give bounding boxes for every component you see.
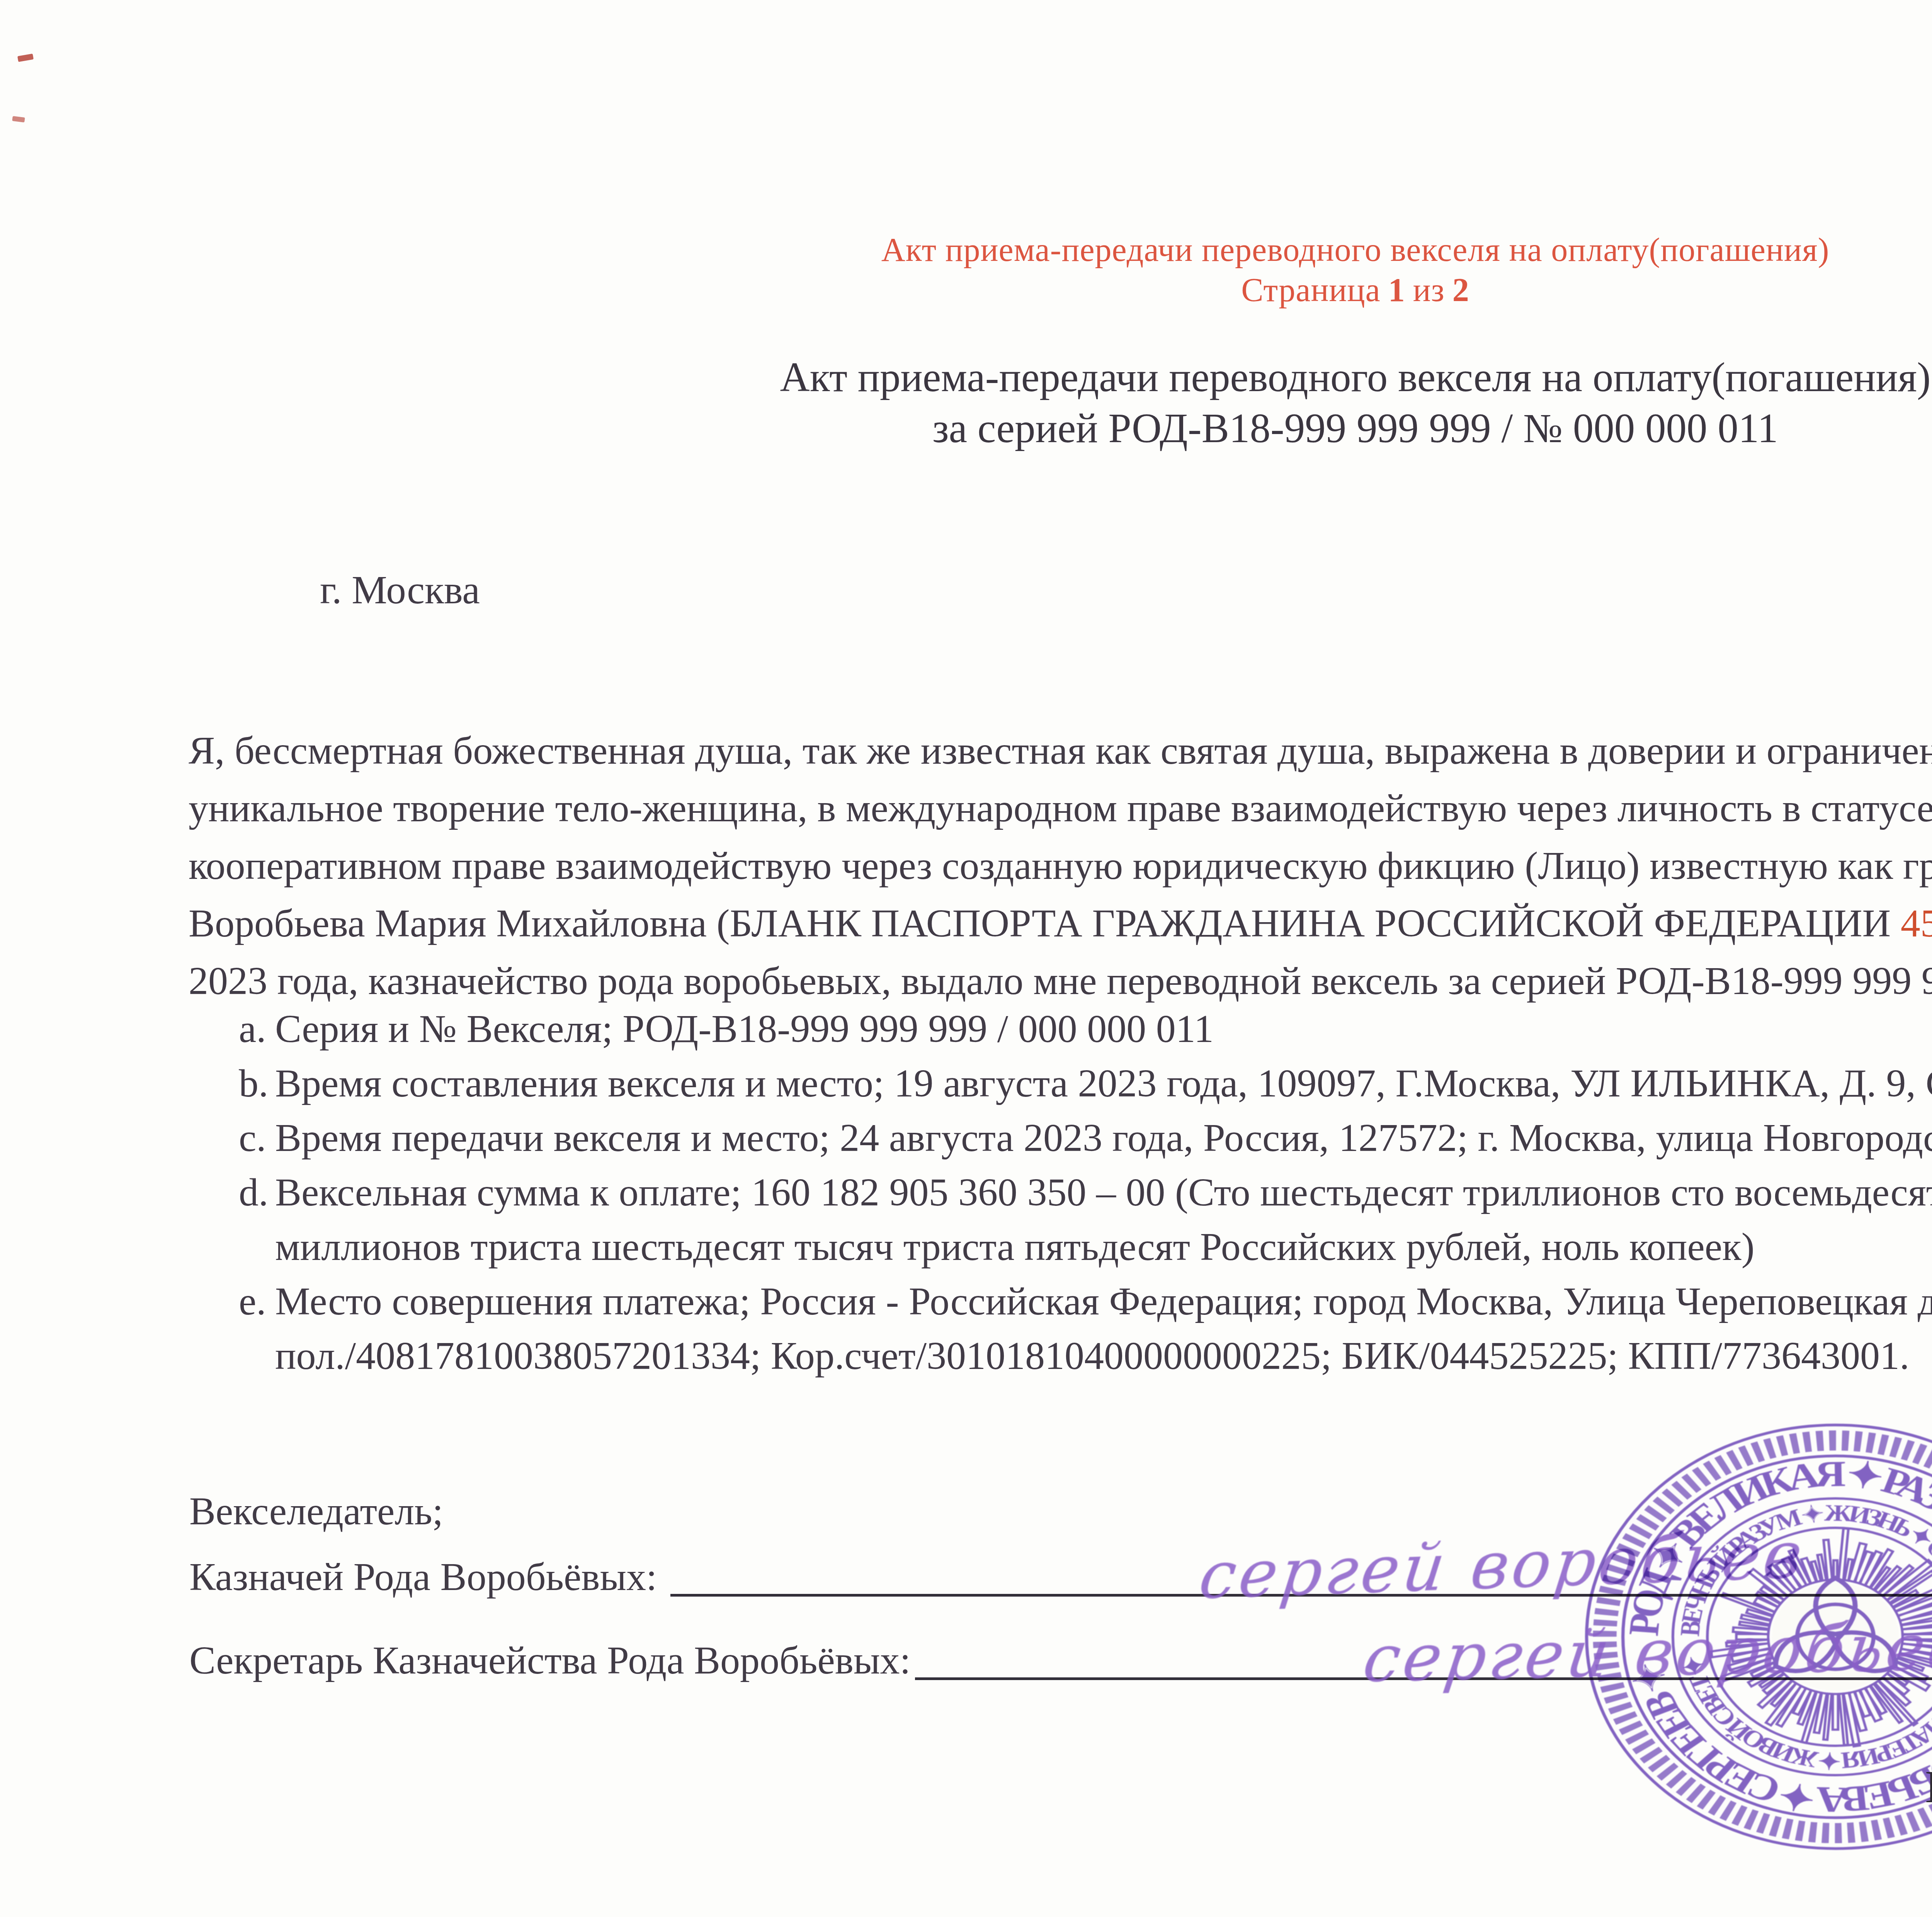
drawer-label: Векселедатель; xyxy=(189,1489,443,1534)
stamp-place-mark: М.П. xyxy=(1925,1761,1932,1813)
passport-number: 4504 589561 xyxy=(1901,902,1932,945)
list-item-text: Серия и № Векселя; РОД-В18-999 999 999 /… xyxy=(275,1002,1214,1056)
running-header-page-indicator: Страница1из2 xyxy=(0,271,1932,309)
paragraph-line: Я, бессмертная божественная душа, так же… xyxy=(189,722,1932,780)
list-item-marker: a. xyxy=(239,1002,275,1056)
list-item-marker: c. xyxy=(239,1111,275,1165)
secretary-label: Секретарь Казначейства Рода Воробьёвых: xyxy=(189,1638,911,1683)
list-item-marker: d. xyxy=(239,1165,275,1274)
document-title-line2: за серией РОД-В18-999 999 999 / № 000 00… xyxy=(0,405,1932,452)
page-current-number: 1 xyxy=(1388,271,1405,308)
running-header-title: Акт приема-передачи переводного векселя … xyxy=(0,230,1932,269)
document-title-line1: Акт приема-передачи переводного векселя … xyxy=(0,354,1932,401)
paragraph-line-pre: Воробьева Мария Михайловна (БЛАНК ПАСПОР… xyxy=(189,902,1901,945)
scan-artifact-mark xyxy=(12,116,25,123)
paragraph-line: кооперативном праве взаимодействую через… xyxy=(189,837,1932,895)
list-item: b. Время составления векселя и место; 19… xyxy=(239,1056,1932,1111)
paragraph-line: уникальное творение тело-женщина, в межд… xyxy=(189,780,1932,837)
document-page: Акт приема-передачи переводного векселя … xyxy=(0,0,1932,1917)
paragraph-line: Воробьева Мария Михайловна (БЛАНК ПАСПОР… xyxy=(189,895,1932,952)
list-item: d. Вексельная сумма к оплате; 160 182 90… xyxy=(239,1165,1932,1274)
treasurer-label: Казначей Рода Воробьёвых: xyxy=(189,1554,657,1600)
list-item-text: Вексельная сумма к оплате; 160 182 905 3… xyxy=(275,1165,1932,1220)
scan-artifact-mark xyxy=(17,54,34,62)
paragraph-line: 2023 года, казначейство рода воробьевых,… xyxy=(189,952,1932,1010)
list-item-marker: b. xyxy=(239,1056,275,1111)
list-item-text: пол./40817810038057201334; Кор.счет/3010… xyxy=(275,1329,1932,1383)
page-separator: из xyxy=(1413,271,1445,308)
page-label: Страница xyxy=(1241,271,1380,308)
document-city: г. Москва xyxy=(320,567,480,613)
list-item-text: Время передачи векселя и место; 24 авгус… xyxy=(275,1111,1932,1165)
list-item: e. Место совершения платежа; Россия - Ро… xyxy=(239,1274,1932,1383)
body-paragraph: Я, бессмертная божественная душа, так же… xyxy=(189,722,1932,1010)
list-item: a. Серия и № Векселя; РОД-В18-999 999 99… xyxy=(239,1002,1214,1056)
list-item-text: миллионов триста шестьдесят тысяч триста… xyxy=(275,1220,1932,1274)
secretary-handwritten-signature: сергей воробьев xyxy=(1359,1608,1932,1697)
list-item-marker: e. xyxy=(239,1274,275,1383)
page-total-number: 2 xyxy=(1452,271,1469,308)
list-item: c. Время передачи векселя и место; 24 ав… xyxy=(239,1111,1932,1165)
list-item-text: Время составления векселя и место; 19 ав… xyxy=(275,1056,1932,1111)
list-item-text: Место совершения платежа; Россия - Росси… xyxy=(275,1274,1932,1329)
